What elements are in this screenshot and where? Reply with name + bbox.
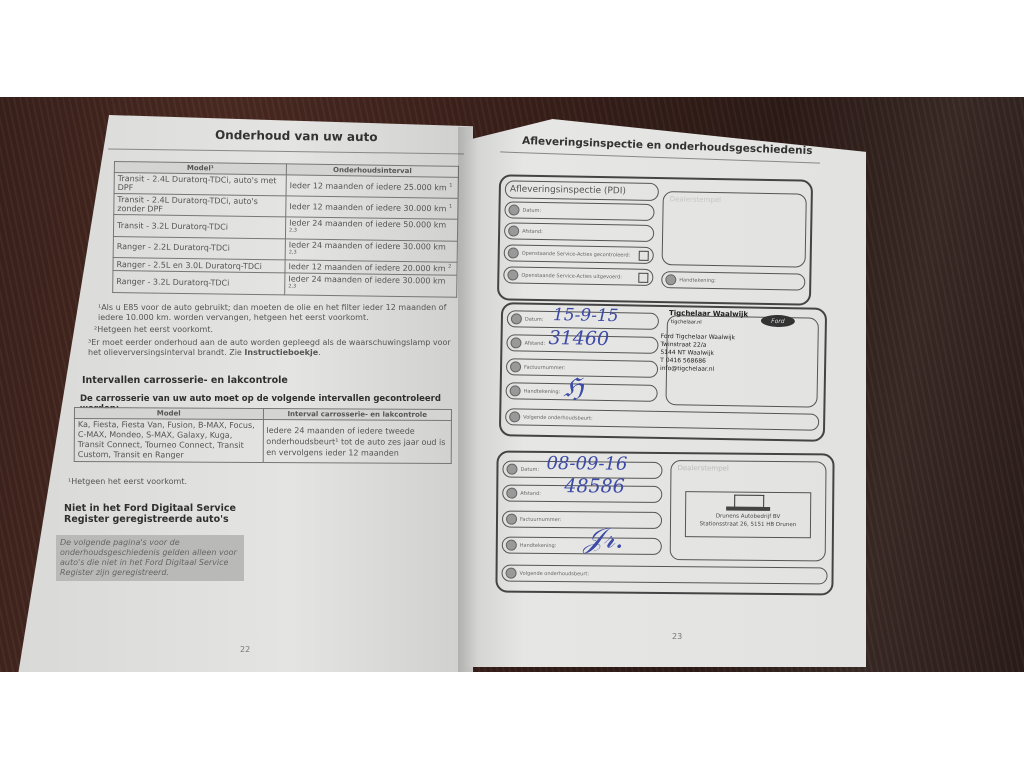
signature-field[interactable]: Handtekening: — [502, 537, 662, 555]
footnote-ref: 1 — [449, 204, 452, 210]
bullet-icon — [510, 361, 521, 372]
bullet-icon — [506, 568, 517, 579]
footnote-ref: 2 — [448, 264, 451, 270]
section-body-paint-title: Intervallen carrosserie- en lakcontrole — [82, 375, 288, 386]
left-page-title: Onderhoud van uw auto — [215, 128, 378, 144]
handwritten-date: 15-9-15 — [553, 305, 619, 326]
footnote-2: ²Hetgeen het eerst voorkomt. — [94, 325, 454, 335]
stamp-dealer-name: Tigchelaar Waalwijk — [669, 309, 748, 318]
model-cell: Transit - 2.4L Duratorq-TDCi, auto's met… — [114, 173, 286, 196]
instructieboekje-link[interactable]: Instructieboekje — [244, 348, 318, 357]
model-cell: Ranger - 3.2L Duratorq-TDCi — [113, 270, 285, 294]
service-entry-2: Datum: Afstand: Factuurnummer: Handteken… — [495, 451, 834, 596]
pdi-dealer-stamp-area: Dealerstempel — [662, 191, 807, 268]
footnote-1: ¹Als u E85 voor de auto gebruikt; dan mo… — [98, 303, 458, 323]
footnote-ref: 1 — [449, 183, 452, 189]
model-cell: Ka, Fiesta, Fiesta Van, Fusion, B-MAX, F… — [74, 419, 263, 463]
pdi-date-field[interactable]: Datum: — [504, 201, 654, 221]
dealer-stamp-label: Dealerstempel — [670, 195, 721, 204]
bullet-icon — [665, 274, 676, 285]
bullet-icon — [506, 488, 517, 499]
dealer-stamp-label: Dealerstempel — [677, 464, 728, 472]
body-paint-table: Model Interval carrosserie- en lakcontro… — [74, 407, 452, 464]
pdi-signature-field[interactable]: Handtekening: — [661, 271, 805, 291]
building-logo-base — [726, 507, 770, 511]
service-entry-1: Datum: Afstand: Factuurnummer: Handteken… — [499, 302, 827, 442]
model-cell: Transit - 3.2L Duratorq-TDCi — [113, 215, 285, 239]
divider — [108, 148, 468, 154]
stamp-dealer-address: Ford Tigchelaar WaalwijkTwinstraat 22/a5… — [660, 333, 735, 374]
pdi-heading: Afleveringsinspectie (PDI) — [505, 180, 659, 201]
checkbox[interactable] — [639, 250, 649, 260]
model-cell: Transit - 2.4L Duratorq-TDCi, auto's zon… — [114, 194, 286, 217]
photo-background: Onderhoud van uw auto Model¹ Onderhoudsi… — [0, 97, 1024, 672]
interval-cell: Ieder 24 maanden of iedere 50.000 km 2,3 — [285, 217, 457, 241]
interval-cell: Ieder 12 maanden of iedere 25.000 km 1 — [286, 175, 458, 198]
stamp-line: info@tigchelaar.nl — [660, 365, 735, 374]
pdi-form: Afleveringsinspectie (PDI) Datum: Afstan… — [497, 174, 813, 305]
bullet-icon — [506, 464, 517, 475]
maintenance-interval-table: Model¹ Onderhoudsinterval Transit - 2.4L… — [112, 161, 459, 297]
interval-cell: Ieder 24 maanden of iedere 30.000 km 2,3 — [285, 239, 457, 263]
handwritten-mileage: 31460 — [548, 327, 609, 350]
bullet-icon — [511, 313, 522, 324]
left-page-content: Onderhoud van uw auto Model¹ Onderhoudsi… — [18, 115, 473, 672]
footnote-ref: 2,3 — [289, 227, 297, 233]
pdi-actions-done-field[interactable]: Openstaande Service-Acties uitgevoerd: — [503, 266, 653, 286]
bullet-icon — [507, 269, 518, 280]
handwritten-date: 08-09-16 — [546, 453, 627, 475]
invoice-number-field[interactable]: Factuurnummer: — [502, 511, 662, 529]
pdi-distance-field[interactable]: Afstand: — [504, 222, 654, 242]
handwritten-mileage: 48586 — [564, 475, 625, 498]
bullet-icon — [508, 247, 519, 258]
bullet-icon — [506, 514, 517, 525]
table-row: Ka, Fiesta, Fiesta Van, Fusion, B-MAX, F… — [74, 419, 451, 464]
pdi-actions-checked-field[interactable]: Openstaande Service-Acties gecontroleerd… — [504, 244, 654, 264]
table-row: Ranger - 3.2L Duratorq-TDCiIeder 24 maan… — [113, 270, 457, 296]
model-cell: Ranger - 2.2L Duratorq-TDCi — [113, 236, 285, 260]
footnote-ref: 2,3 — [288, 283, 296, 289]
next-service-field[interactable]: Volgende onderhoudsbeurt: — [501, 565, 827, 585]
dealer-stamp: Drunens Autobedrijf BVStationsstraat 26,… — [685, 491, 811, 538]
page-number-right: 23 — [672, 632, 682, 641]
bullet-icon — [508, 225, 519, 236]
footnote-ref: 2,3 — [289, 249, 297, 255]
bullet-icon — [510, 385, 521, 396]
book-gutter — [458, 127, 478, 672]
handwritten-signature: ℌ — [563, 373, 583, 403]
page-number-left: 22 — [240, 645, 250, 654]
stamp-line: Stationsstraat 26, 5151 HB Drunen — [688, 520, 808, 529]
bullet-icon — [509, 411, 520, 422]
bullet-icon — [506, 540, 517, 551]
interval-cell: Ieder 12 maanden of iedere 30.000 km 1 — [286, 196, 458, 219]
bullet-icon — [508, 204, 519, 215]
body-table-footnote: ¹Hetgeen het eerst voorkomt. — [68, 477, 187, 487]
handwritten-signature: 𝒥𝓇. — [584, 521, 624, 555]
stamp-dealer-address: Drunens Autobedrijf BVStationsstraat 26,… — [688, 512, 808, 529]
checkbox[interactable] — [638, 272, 648, 282]
bullet-icon — [510, 337, 521, 348]
interval-cell: Iedere 24 maanden of iedere tweede onder… — [263, 419, 452, 463]
section-not-registered-title: Niet in het Ford Digitaal Service Regist… — [64, 503, 264, 525]
dealer-stamp-area: Dealerstempel Drunens Autobedrijf BVStat… — [670, 460, 827, 561]
footnote-3: ³Er moet eerder onderhoud aan de auto wo… — [88, 338, 458, 358]
ford-logo-icon: Ford — [761, 315, 795, 328]
not-registered-note: De volgende pagina's voor de onderhoudsg… — [56, 535, 244, 581]
interval-cell: Ieder 24 maanden of iedere 30.000 km 2,3 — [285, 273, 457, 297]
stamp-dealer-website: tigchelaar.nl — [671, 318, 702, 327]
next-service-field[interactable]: Volgende onderhoudsbeurt: — [505, 408, 819, 430]
